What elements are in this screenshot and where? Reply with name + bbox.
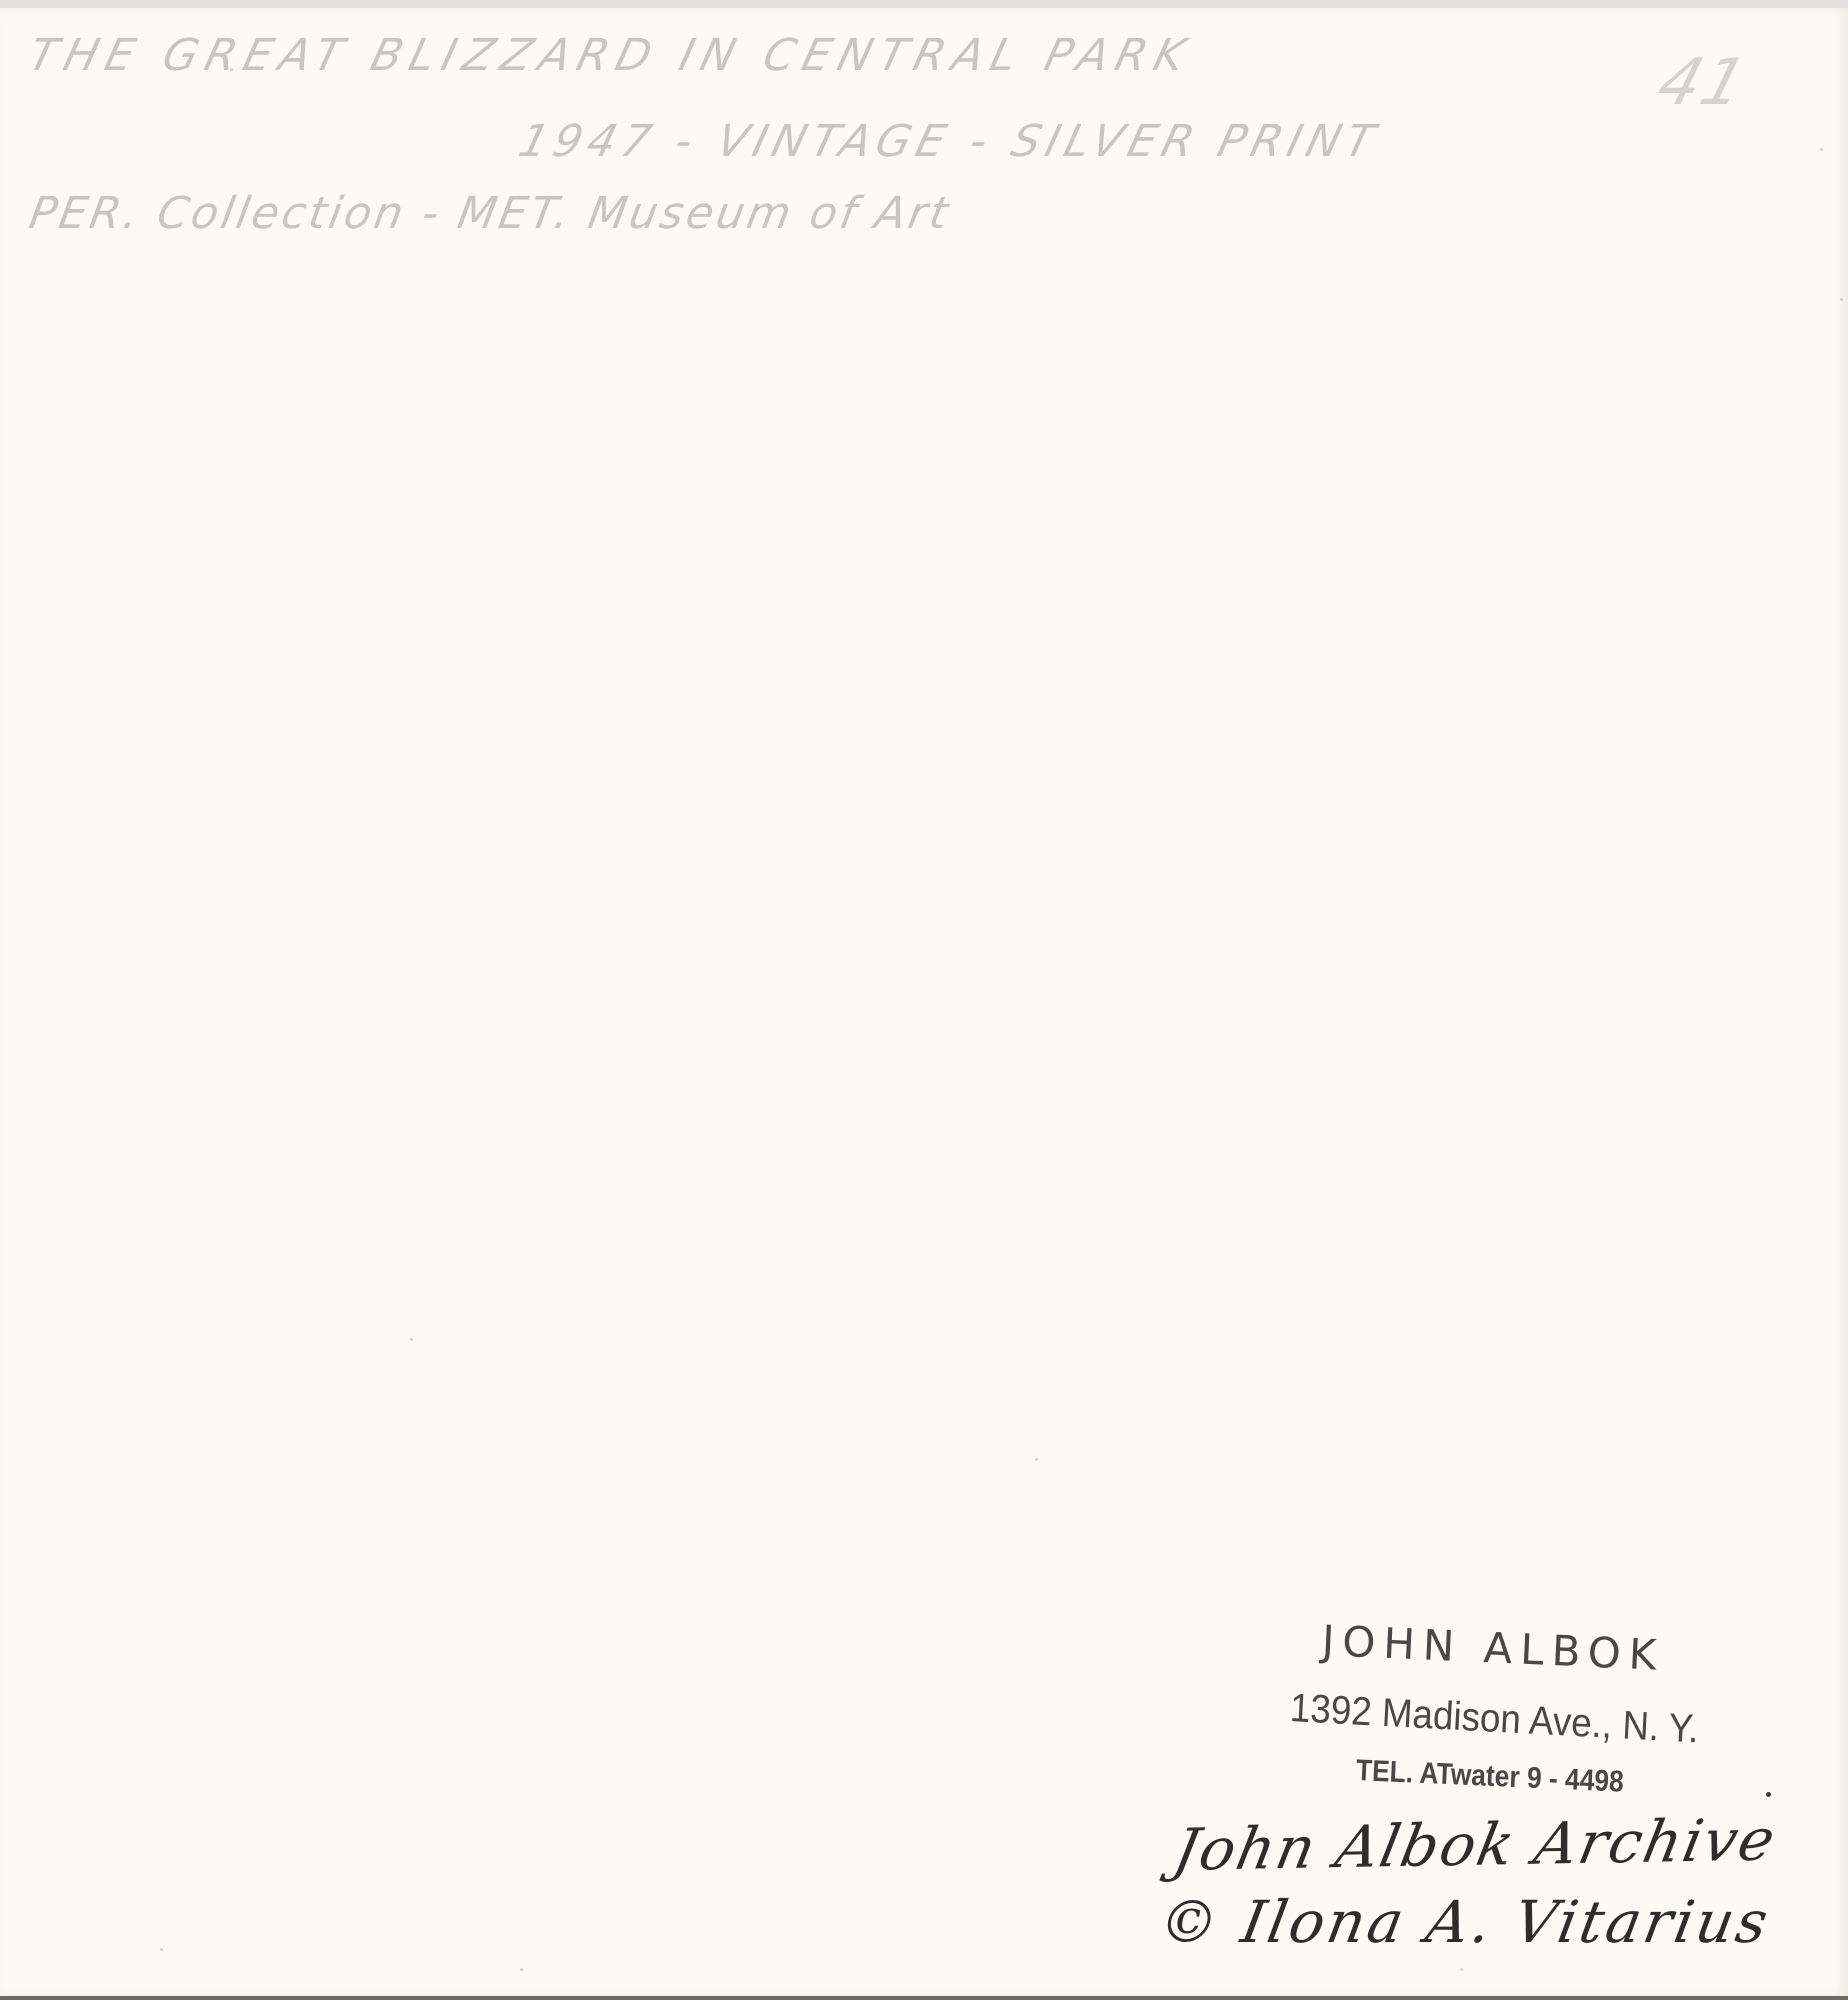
- signature-copyright-line: © Ilona A. Vitarius: [1154, 1888, 1776, 1956]
- stamp-address: 1392 Madison Ave., N. Y.: [1289, 1686, 1700, 1752]
- stamp-phone: TEL. ATwater 9 - 4498: [1355, 1754, 1624, 1800]
- signature-archive-line: John Albok Archive: [1168, 1806, 1782, 1884]
- stamp-name: JOHN ALBOK: [1321, 1616, 1665, 1680]
- photograph-back: THE GREAT BLIZZARD IN CENTRAL PARK 1947 …: [0, 8, 1848, 1996]
- pencil-collection-note: PER. Collection - MET. Museum of Art: [26, 188, 955, 239]
- pencil-date-note: 1947 - VINTAGE - SILVER PRINT: [514, 116, 1386, 167]
- pencil-title-note: THE GREAT BLIZZARD IN CENTRAL PARK: [24, 30, 1198, 81]
- pencil-inventory-number: 41: [1649, 46, 1756, 120]
- ink-dot: [1766, 1792, 1771, 1797]
- photo-bottom-edge: [0, 1996, 1848, 2000]
